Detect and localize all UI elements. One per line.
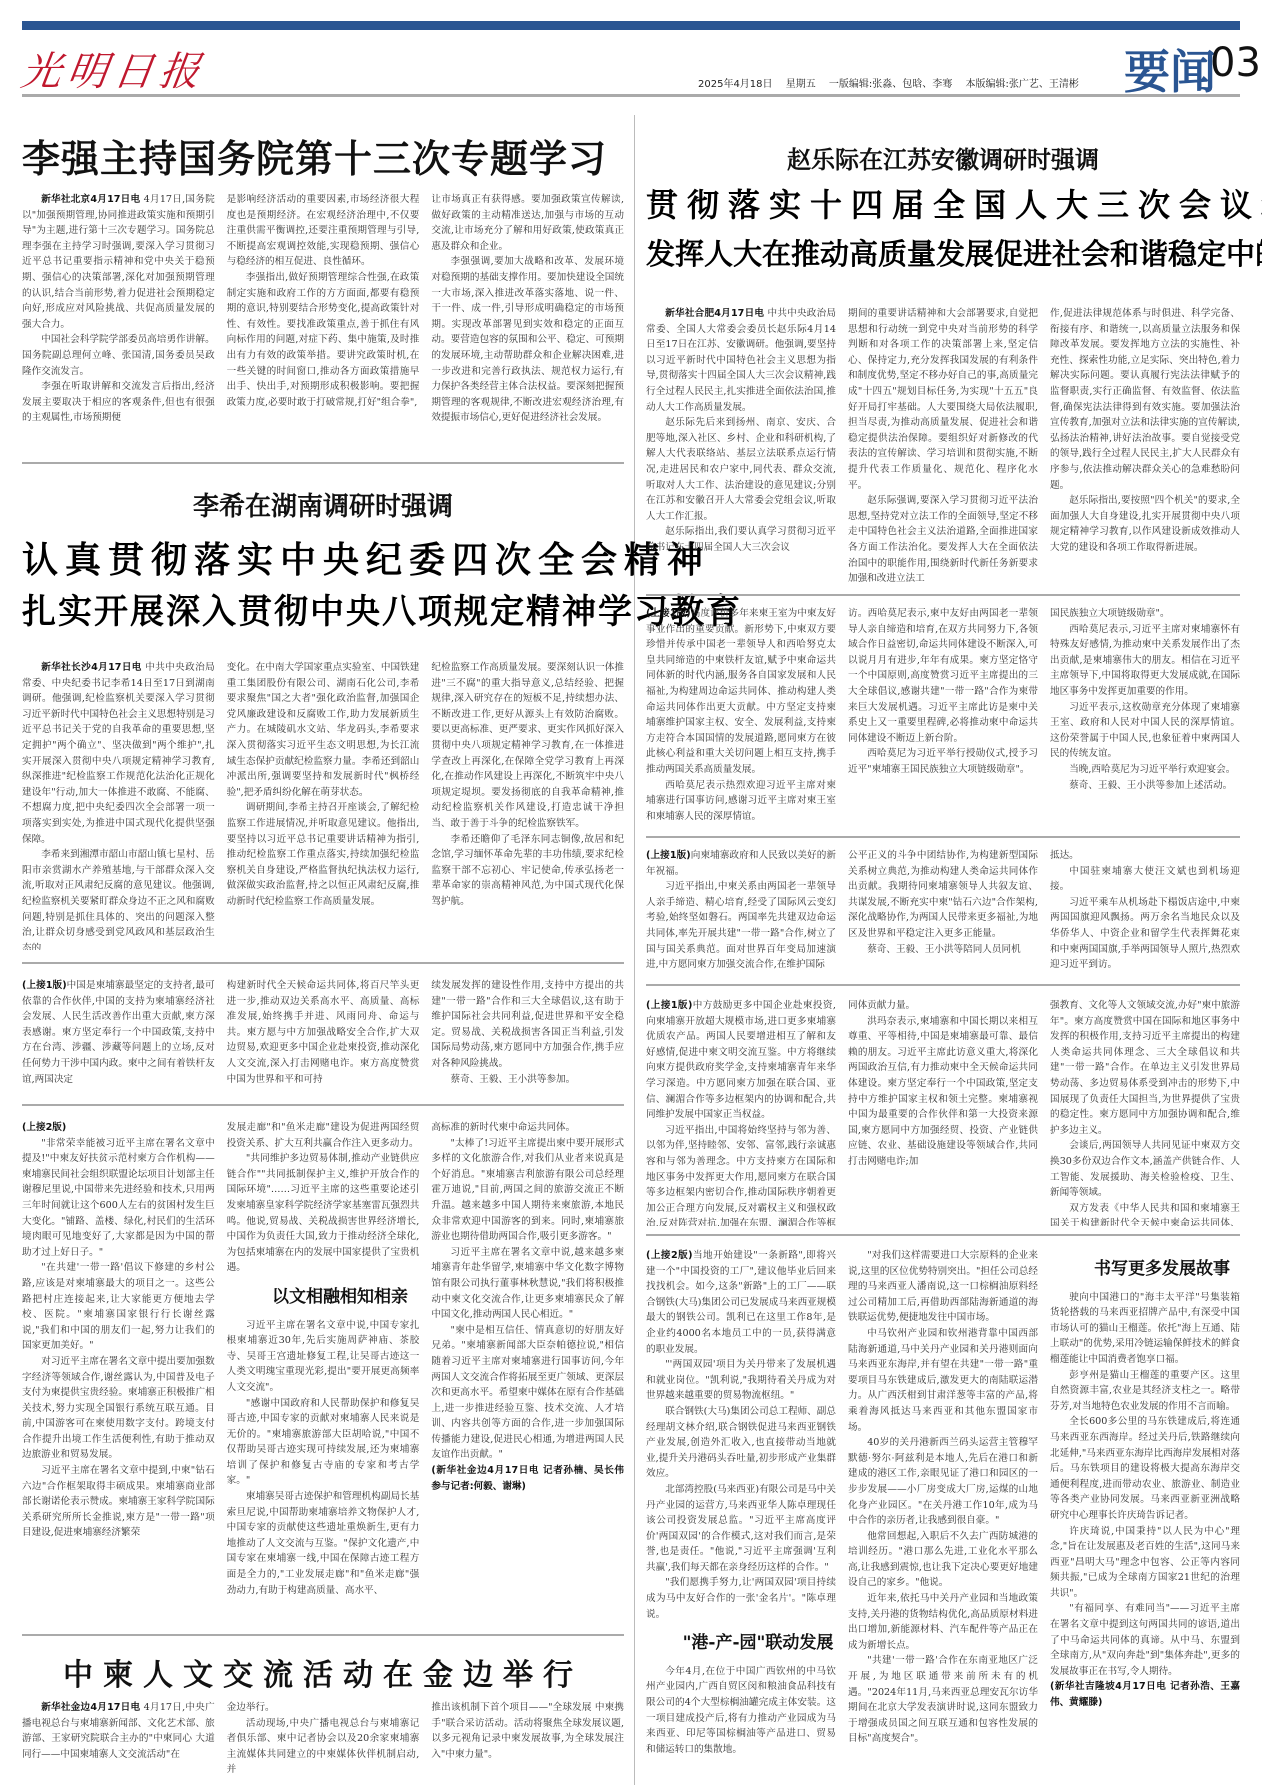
article-column: 构建新时代全天候命运共同体,将百尺竿头更进一步,推动双边关系高水平、高质量、高标… xyxy=(227,978,420,1100)
front-page-editors: 一版编辑:张淼、包晗、李骞 xyxy=(829,79,952,90)
article-column: 续发展发挥的建设性作用,支持中方提出的共建"一带一路"合作和三大全球倡议,这有助… xyxy=(431,978,624,1100)
article-column: 强教育、文化等人文领域交流,办好"柬中旅游年"。柬方高度赞赏中国在国际和地区事务… xyxy=(1050,998,1240,1226)
article-column: 新华社长沙4月17日电 中共中央政治局常委、中央纪委书记李希14日至17日到湖南… xyxy=(22,660,215,950)
article-column: (上接1版)高度评价多年来柬王室为中柬友好事业作出的重要贡献。新形势下,中柬双方… xyxy=(646,606,836,828)
article-column: 国民族独立大项链级勋章"。 西哈莫尼表示,习近平主席对柬埔寨怀有特殊友好感情,为… xyxy=(1050,606,1240,828)
headline-liqiang: 李强主持国务院第十三次专题学习 xyxy=(22,128,607,183)
article-column: 期间的重要讲话精神和大会部署要求,自觉把思想和行动统一到党中央对当前形势的科学判… xyxy=(848,306,1038,588)
section-rule xyxy=(646,1234,1240,1236)
section-rule xyxy=(646,836,1240,838)
page-editors: 本版编辑:张广艺、王清彬 xyxy=(965,79,1078,90)
kicker-lixi: 李希在湖南调研时强调 xyxy=(22,486,624,523)
article-column: 让市场真正有获得感。要加强政策宣传解读,做好政策的主动精准送达,加强与市场的互动… xyxy=(431,192,624,454)
section-rule xyxy=(22,1634,624,1636)
article-column: 访。西哈莫尼表示,柬中友好由两国老一辈领导人亲自缔造和培育,在双方共同努力下,各… xyxy=(848,606,1038,828)
issue-weekday: 星期五 xyxy=(786,79,816,90)
column-divider xyxy=(634,115,635,1785)
article-lixi: 新华社长沙4月17日电 中共中央政治局常委、中央纪委书记李希14日至17日到湖南… xyxy=(22,660,624,950)
article-column: 抵达。 中国驻柬埔寨大使汪文斌也到机场迎接。 习近平乘车从机场赴下榻饭店途中,中… xyxy=(1050,848,1240,974)
article-column: 纪检监察工作高质量发展。要深刻认识一体推进"三不腐"的重大指导意义,总结经验、把… xyxy=(431,660,624,950)
section-rule xyxy=(646,594,1240,596)
article-column: 发展走廊"和"鱼米走廊"建设为促进两国经贸投资关系、扩大互利共赢合作注入更多动力… xyxy=(227,1120,420,1610)
section-title: 要闻 xyxy=(1124,36,1216,102)
article-column: 变化。在中南大学国家重点实验室、中国铁建重工集团股份有限公司、湖南石化公司,李希… xyxy=(227,660,420,950)
subhead: 以文相融相知相亲 xyxy=(227,1290,420,1306)
article-column: 新华社金边4月17日电 4月17日,中央广播电视总台与柬埔寨新闻部、文化艺术部、… xyxy=(22,1700,215,1785)
article-malaysia: (上接2版)当地开始建设"一条新路",即将兴建一个"中国投资的工厂",建议他毕业… xyxy=(646,1248,1240,1788)
article-cambodia-right-3: (上接1版)中方鼓励更多中国企业赴柬投资,向柬埔寨开放超大规模市场,进口更多柬埔… xyxy=(646,998,1240,1226)
article-column: 是影响经济活动的重要因素,市场经济很大程度也是预期经济。在宏观经济治理中,不仅要… xyxy=(227,192,420,454)
section-rule xyxy=(22,1104,624,1106)
masthead-rule xyxy=(22,94,1240,97)
article-cambodia-jump-2: (上接2版) "非常荣幸能被习近平主席在署名文章中提及!"中柬友好扶贫示范村柬方… xyxy=(22,1120,624,1610)
article-liqiang: 新华社北京4月17日电 4月17日,国务院以"加强预期管理,协同推进政策实施和预… xyxy=(22,192,624,454)
issue-date: 2025年4月18日 xyxy=(698,79,773,90)
subhead: "港-产-园"联动发展 xyxy=(646,1636,836,1652)
article-cultural-exchange: 新华社金边4月17日电 4月17日,中央广播电视总台与柬埔寨新闻部、文化艺术部、… xyxy=(22,1700,624,1785)
article-column: 推出该机制下首个项目——"全球发展 中柬携手"联合采访活动。活动将聚焦全球发展议… xyxy=(431,1700,624,1785)
article-cambodia-jump-1: (上接1版)中国是柬埔寨最坚定的支持者,最可依靠的合作伙伴,中国的支持为柬埔寨经… xyxy=(22,978,624,1100)
article-column: 新华社合肥4月17日电 中共中央政治局常委、全国人大常委会委员长赵乐际4月14日… xyxy=(646,306,836,588)
headline-lixi-1: 认真贯彻落实中央纪委四次全会精神 xyxy=(22,532,624,583)
masthead: 光明日报 2025年4月18日 星期五 一版编辑:张淼、包晗、李骞 本版编辑:张… xyxy=(22,30,1240,95)
page-number: 03 xyxy=(1210,40,1261,86)
subhead: 书写更多发展故事 xyxy=(1050,1262,1240,1278)
article-column: 公平正义的斗争中团结协作,为构建新型国际关系树立典范,为推动构建人类命运共同体作… xyxy=(848,848,1038,974)
section-rule xyxy=(646,984,1240,986)
issue-meta: 2025年4月18日 星期五 一版编辑:张淼、包晗、李骞 本版编辑:张广艺、王清… xyxy=(698,75,1089,90)
byline: (新华社金边4月17日电 记者孙楠、吴长伟 参与记者:何毅、谢琳) xyxy=(431,1463,624,1494)
article-column: 书写更多发展故事 驶向中国港口的"海丰太平洋"号集装箱货轮搭载的马来西亚招牌产品… xyxy=(1050,1248,1240,1788)
article-column: 同体贡献力量。 洪玛奈表示,柬埔寨和中国长期以来相互尊重、平等相待,中国是柬埔寨… xyxy=(848,998,1038,1226)
article-column: 金边举行。 活动现场,中央广播电视总台与柬埔寨记者俱乐部、柬中记者协会以及20余… xyxy=(227,1700,420,1785)
byline: (新华社吉隆坡4月17日电 记者孙浩、王嘉伟、黄耀滕) xyxy=(1050,1679,1240,1710)
article-column: 作,促进法律规范体系与时俱进、科学完备、衔接有序、和谐统一,以高质量立法服务和保… xyxy=(1050,306,1240,588)
article-column: 新华社北京4月17日电 4月17日,国务院以"加强预期管理,协同推进政策实施和预… xyxy=(22,192,215,454)
article-cambodia-right-1: (上接1版)高度评价多年来柬王室为中柬友好事业作出的重要贡献。新形势下,中柬双方… xyxy=(646,606,1240,828)
article-zhaoleji: 新华社合肥4月17日电 中共中央政治局常委、全国人大常委会委员长赵乐际4月14日… xyxy=(646,306,1240,588)
article-column: (上接1版)中国是柬埔寨最坚定的支持者,最可依靠的合作伙伴,中国的支持为柬埔寨经… xyxy=(22,978,215,1100)
kicker-zhaoleji: 赵乐际在江苏安徽调研时强调 xyxy=(646,140,1240,175)
article-column: (上接1版)中方鼓励更多中国企业赴柬投资,向柬埔寨开放超大规模市场,进口更多柬埔… xyxy=(646,998,836,1226)
headline-lixi-2: 扎实开展深入贯彻中央八项规定精神学习教育 xyxy=(22,584,624,633)
article-column: (上接2版) "非常荣幸能被习近平主席在署名文章中提及!"中柬友好扶贫示范村柬方… xyxy=(22,1120,215,1610)
article-column: "对我们这样需要进口大宗原料的企业来说,这里的区位优势特别突出。"担任公司总经理… xyxy=(848,1248,1038,1788)
article-column: (上接1版)向柬埔寨政府和人民致以美好的新年祝福。 习近平指出,中柬关系由两国老… xyxy=(646,848,836,974)
headline-zhaoleji-2: 发挥人大在推动高质量发展促进社会和谐稳定中的职能作用 xyxy=(646,232,1240,273)
section-rule xyxy=(22,962,624,964)
headline-zhaoleji-1: 贯彻落实十四届全国人大三次会议精神 xyxy=(646,180,1240,226)
headline-cultural-exchange: 中柬人文交流活动在金边举行 xyxy=(22,1650,624,1694)
article-column: 高标准的新时代柬中命运共同体。 "太棒了!习近平主席提出柬中要开展形式多样的文化… xyxy=(431,1120,624,1610)
newspaper-logo: 光明日报 xyxy=(18,40,210,97)
article-column: (上接2版)当地开始建设"一条新路",即将兴建一个"中国投资的工厂",建议他毕业… xyxy=(646,1248,836,1788)
top-color-bar xyxy=(22,21,1240,30)
section-rule xyxy=(22,462,624,464)
article-cambodia-right-2: (上接1版)向柬埔寨政府和人民致以美好的新年祝福。 习近平指出,中柬关系由两国老… xyxy=(646,848,1240,974)
